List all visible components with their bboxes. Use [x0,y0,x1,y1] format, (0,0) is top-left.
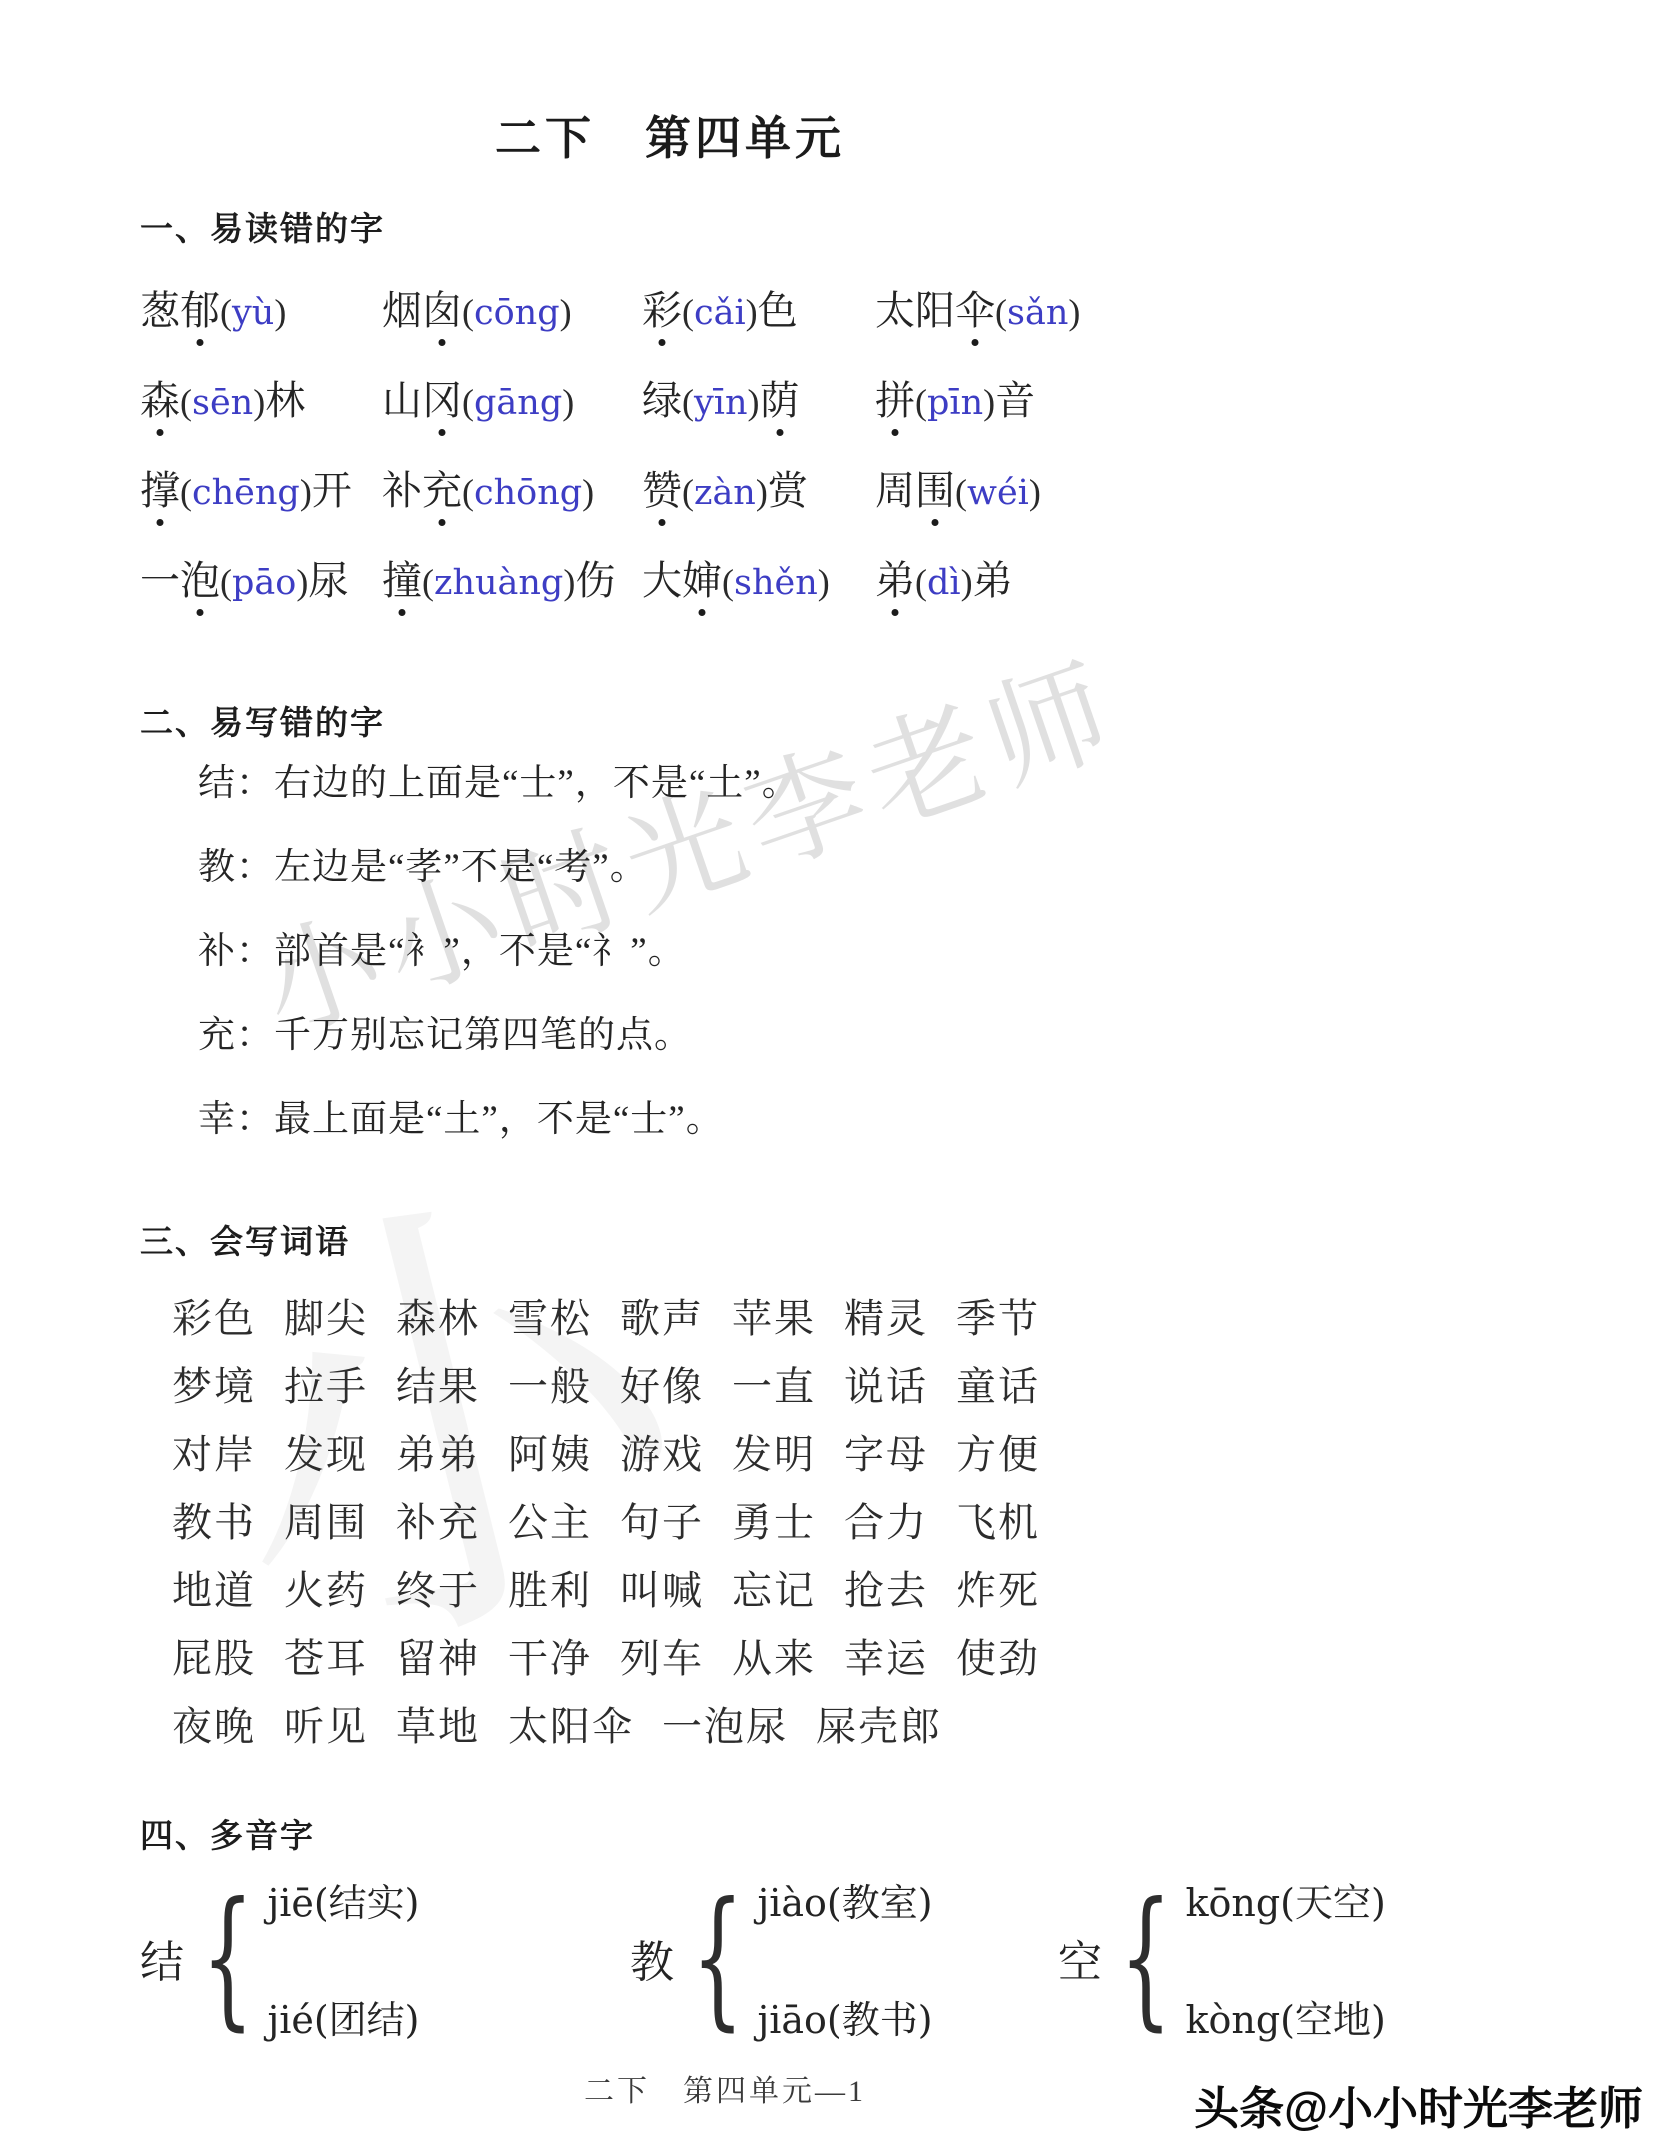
paren-open: ( [462,382,474,422]
paren-open: ( [722,562,734,602]
paren-open: ( [180,382,192,422]
word-item: 终于 [396,1568,480,1614]
character: 山 [382,378,422,424]
word-item: 一直 [732,1364,816,1410]
curly-brace-icon: { [1119,1873,1171,2043]
misread-word: 山冈(gāng) [382,378,642,426]
paren-close: ) [818,562,830,602]
misread-word: 撑(chēng)开 [140,468,382,516]
word-item: 阿姨 [508,1432,592,1478]
misread-word: 彩(cǎi)色 [642,288,875,336]
word-item: 公主 [508,1500,592,1546]
word-item: 歌声 [620,1296,704,1342]
polyphonic-readings: kōng(天空)kòng(空地) [1185,1872,1385,2044]
word-item: 草地 [396,1704,480,1750]
misread-word: 太阳伞(sǎn) [875,288,1510,336]
word-item: 地道 [172,1568,256,1614]
emphasized-character: 荫 [760,378,800,424]
polyphonic-groups: 结{jiē(结实)jié(团结)教{jiào(教室)jiāo(教书)空{kōng… [0,1872,1653,2092]
section-3-heading: 三、会写词语 [140,1216,350,1263]
paren-open: ( [915,382,927,422]
pinyin-annotation: gāng [474,383,562,423]
misread-word: 森(sēn)林 [140,378,382,426]
character: 开 [312,468,352,514]
paren-close: ) [253,382,265,422]
polyphonic-readings: jiē(结实)jié(团结) [267,1872,419,2044]
word-item: 雪松 [508,1296,592,1342]
word-item: 一般 [508,1364,592,1410]
curly-brace-icon: { [201,1873,253,2043]
rule-line: 补：部首是“衤”，不是“礻”。 [198,928,800,976]
word-row: 屁股苍耳留神干净列车从来幸运使劲 [172,1636,1040,1682]
paren-close: ) [562,382,574,422]
curly-brace-icon: { [691,1873,743,2043]
rule-line: 充：千万别忘记第四笔的点。 [198,1012,800,1060]
word-row: 地道火药终于胜利叫喊忘记抢去炸死 [172,1568,1040,1614]
word-item: 方便 [956,1432,1040,1478]
paren-open: ( [462,292,474,332]
paren-open: ( [995,292,1007,332]
misread-word: 赞(zàn)赏 [642,468,875,516]
word-item: 周围 [284,1500,368,1546]
misread-word: 弟(dì)弟 [875,558,1510,606]
rule-line: 教：左边是“孝”不是“考”。 [198,844,800,892]
paren-close: ) [748,382,760,422]
misread-word: 拼(pīn)音 [875,378,1510,426]
word-item: 说话 [844,1364,928,1410]
pinyin-annotation: cǎi [694,293,746,333]
page-title: 二下 第四单元 [140,102,1200,168]
character: 太阳 [875,288,955,334]
word-row: 教书周围补充公主句子勇士合力飞机 [172,1500,1040,1546]
character: 色 [758,288,798,334]
polyphonic-group: 结{jiē(结实)jié(团结) [140,1872,420,2044]
section-1-heading: 一、易读错的字 [140,203,385,250]
paren-close: ) [296,562,308,602]
paren-open: ( [422,562,434,602]
misread-word: 绿(yīn)荫 [642,378,875,426]
paren-open: ( [915,562,927,602]
word-item: 抢去 [844,1568,928,1614]
word-item: 弟弟 [396,1432,480,1478]
word-item: 胜利 [508,1568,592,1614]
reading-bottom: jiāo(教书) [757,1989,932,2044]
character: 大 [642,558,682,604]
miswritten-rules-list: 结：右边的上面是“士”，不是“土”。教：左边是“孝”不是“考”。补：部首是“衤”… [198,760,800,1180]
emphasized-character: 郁 [180,288,220,334]
polyphonic-readings: jiào(教室)jiāo(教书) [757,1872,932,2044]
emphasized-character: 撑 [140,468,180,514]
word-item: 炸死 [956,1568,1040,1614]
paren-open: ( [462,472,474,512]
paren-open: ( [682,382,694,422]
paren-open: ( [220,292,232,332]
paren-close: ) [1068,292,1080,332]
character: 绿 [642,378,682,424]
paren-close: ) [756,472,768,512]
rule-line: 结：右边的上面是“士”，不是“土”。 [198,760,800,808]
word-item: 列车 [620,1636,704,1682]
word-item: 彩色 [172,1296,256,1342]
pinyin-annotation: cōng [474,293,560,333]
word-item: 好像 [620,1364,704,1410]
reading-top: jiē(结实) [267,1872,419,1927]
pinyin-annotation: sēn [192,383,253,423]
polyphonic-character: 结 [140,1926,184,1990]
pinyin-annotation: chōng [474,473,582,513]
paren-close: ) [582,472,594,512]
paren-close: ) [1029,472,1041,512]
misread-word: 撞(zhuàng)伤 [382,558,642,606]
word-row: 梦境拉手结果一般好像一直说话童话 [172,1364,1040,1410]
word-item: 对岸 [172,1432,256,1478]
rule-line: 幸：最上面是“土”，不是“士”。 [198,1096,800,1144]
page-footer: 二下 第四单元—1 [100,2066,1350,2110]
misread-word: 补充(chōng) [382,468,642,516]
paren-open: ( [955,472,967,512]
emphasized-character: 撞 [382,558,422,604]
word-item: 一泡尿 [662,1704,788,1750]
word-item: 句子 [620,1500,704,1546]
word-item: 屎壳郎 [816,1704,942,1750]
word-item: 使劲 [956,1636,1040,1682]
word-item: 补充 [396,1500,480,1546]
word-item: 字母 [844,1432,928,1478]
pinyin-annotation: zàn [694,473,756,513]
word-item: 飞机 [956,1500,1040,1546]
misread-word: 周围(wéi) [875,468,1510,516]
corner-watermark: 头条@小小时光李老师 [1194,2072,1643,2137]
word-item: 拉手 [284,1364,368,1410]
paren-close: ) [560,292,572,332]
word-item: 苹果 [732,1296,816,1342]
reading-bottom: jié(团结) [267,1989,419,2044]
misread-word: 一泡(pāo)尿 [140,558,382,606]
paren-close: ) [563,562,575,602]
paren-close: ) [961,562,973,602]
misread-word: 大婶(shěn) [642,558,875,606]
word-item: 听见 [284,1704,368,1750]
paren-open: ( [220,562,232,602]
emphasized-character: 拼 [875,378,915,424]
pinyin-annotation: shěn [734,563,818,603]
character: 伤 [575,558,615,604]
paren-close: ) [983,382,995,422]
word-item: 脚尖 [284,1296,368,1342]
polyphonic-group: 教{jiào(教室)jiāo(教书) [630,1872,933,2044]
polyphonic-character: 教 [630,1926,674,1990]
pinyin-annotation: wéi [967,473,1029,513]
pinyin-annotation: zhuàng [434,563,563,603]
word-item: 夜晚 [172,1704,256,1750]
word-item: 梦境 [172,1364,256,1410]
pinyin-annotation: yīn [694,383,748,423]
document-content: 二下 第四单元 一、易读错的字 葱郁(yù)烟囱(cōng)彩(cǎi)色太阳伞… [0,0,1653,2139]
section-4-heading: 四、多音字 [140,1810,315,1857]
word-row: 彩色脚尖森林雪松歌声苹果精灵季节 [172,1296,1040,1342]
word-item: 勇士 [732,1500,816,1546]
paren-open: ( [682,472,694,512]
paren-close: ) [746,292,758,332]
word-item: 结果 [396,1364,480,1410]
emphasized-character: 彩 [642,288,682,334]
pinyin-annotation: dì [927,563,961,603]
document-page: 小小时光李老师 小 二下 第四单元 一、易读错的字 葱郁(yù)烟囱(cōng)… [0,0,1653,2139]
word-item: 游戏 [620,1432,704,1478]
word-item: 火药 [284,1568,368,1614]
pinyin-annotation: pīn [927,383,983,423]
pinyin-annotation: sǎn [1007,293,1068,333]
word-item: 苍耳 [284,1636,368,1682]
emphasized-character: 冈 [422,378,462,424]
section-2-heading: 二、易写错的字 [140,697,385,744]
word-row: 夜晚听见草地太阳伞一泡尿屎壳郎 [172,1704,1040,1750]
word-item: 发现 [284,1432,368,1478]
word-item: 叫喊 [620,1568,704,1614]
emphasized-character: 泡 [180,558,220,604]
word-item: 干净 [508,1636,592,1682]
word-item: 合力 [844,1500,928,1546]
emphasized-character: 赞 [642,468,682,514]
emphasized-character: 囱 [422,288,462,334]
emphasized-character: 森 [140,378,180,424]
word-item: 季节 [956,1296,1040,1342]
polyphonic-group: 空{kōng(天空)kòng(空地) [1058,1872,1386,2044]
character: 一 [140,558,180,604]
pinyin-annotation: chēng [192,473,300,513]
word-list: 彩色脚尖森林雪松歌声苹果精灵季节梦境拉手结果一般好像一直说话童话对岸发现弟弟阿姨… [172,1296,1040,1772]
paren-close: ) [300,472,312,512]
paren-close: ) [274,292,286,332]
word-item: 教书 [172,1500,256,1546]
word-item: 忘记 [732,1568,816,1614]
emphasized-character: 围 [915,468,955,514]
character: 林 [265,378,305,424]
paren-open: ( [682,292,694,332]
emphasized-character: 伞 [955,288,995,334]
character: 葱 [140,288,180,334]
character: 赏 [768,468,808,514]
polyphonic-character: 空 [1058,1926,1102,1990]
word-item: 留神 [396,1636,480,1682]
character: 弟 [973,558,1013,604]
word-row: 对岸发现弟弟阿姨游戏发明字母方便 [172,1432,1040,1478]
word-item: 童话 [956,1364,1040,1410]
emphasized-character: 充 [422,468,462,514]
reading-top: kōng(天空) [1185,1872,1385,1927]
word-item: 精灵 [844,1296,928,1342]
pinyin-annotation: pāo [232,563,296,603]
paren-open: ( [180,472,192,512]
misread-word: 烟囱(cōng) [382,288,642,336]
emphasized-character: 婶 [682,558,722,604]
word-item: 发明 [732,1432,816,1478]
character: 烟 [382,288,422,334]
reading-bottom: kòng(空地) [1185,1989,1385,2044]
reading-top: jiào(教室) [757,1872,932,1927]
word-item: 森林 [396,1296,480,1342]
word-item: 屁股 [172,1636,256,1682]
character: 音 [995,378,1035,424]
word-item: 从来 [732,1636,816,1682]
character: 补 [382,468,422,514]
word-item: 幸运 [844,1636,928,1682]
character: 尿 [308,558,348,604]
emphasized-character: 弟 [875,558,915,604]
character: 周 [875,468,915,514]
pinyin-annotation: yù [232,293,274,333]
word-item: 太阳伞 [508,1704,634,1750]
misread-word: 葱郁(yù) [140,288,382,336]
misread-words-grid: 葱郁(yù)烟囱(cōng)彩(cǎi)色太阳伞(sǎn)森(sēn)林山冈(g… [140,288,1510,606]
